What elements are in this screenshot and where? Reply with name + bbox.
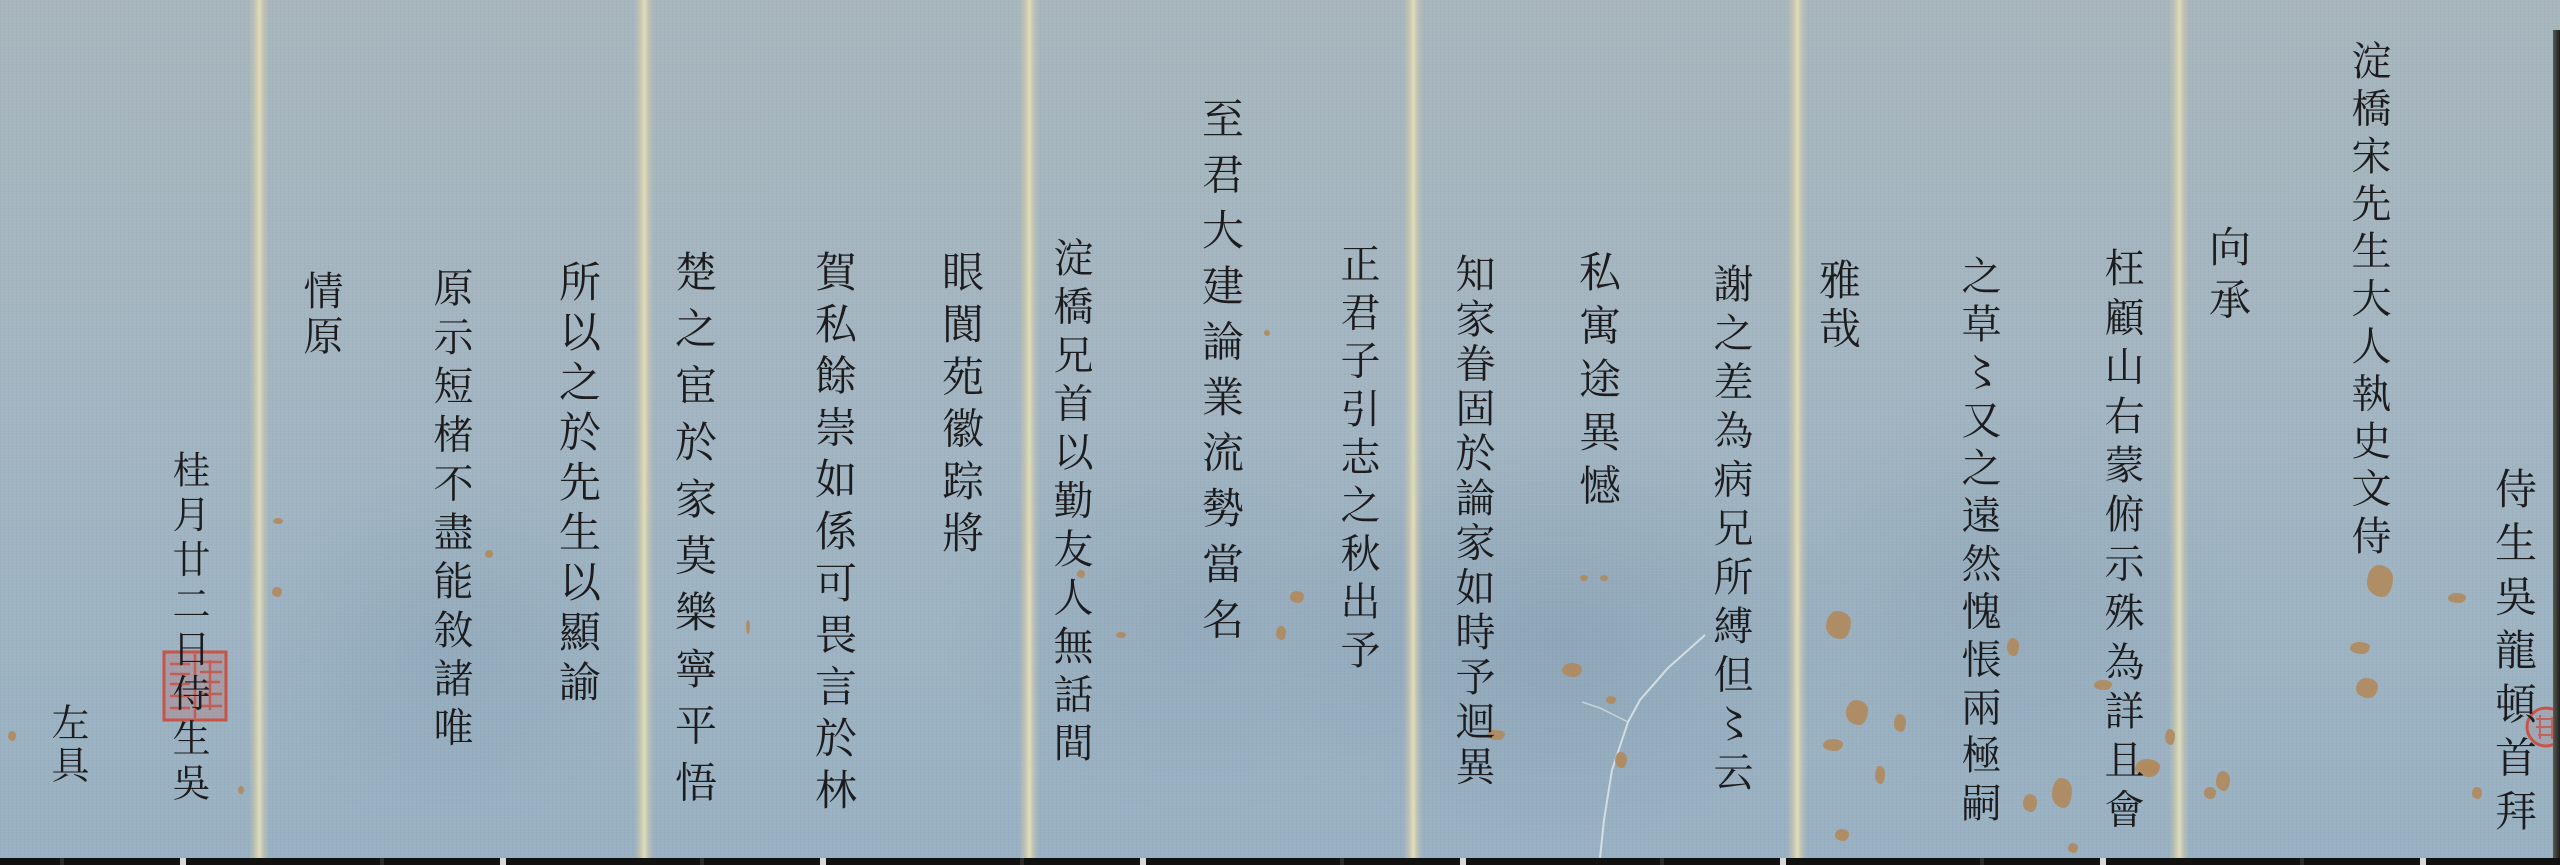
stain (1615, 752, 1627, 768)
fold-line (1019, 0, 1039, 858)
scan-edge-right (2553, 30, 2560, 865)
fold-line (1403, 0, 1423, 858)
stain (1580, 575, 1588, 581)
stain (2052, 778, 2072, 808)
stain (746, 620, 750, 634)
stain (485, 550, 493, 558)
stain (2204, 787, 2216, 799)
stain (238, 786, 244, 794)
stain (1823, 739, 1843, 751)
stain (1276, 626, 1286, 640)
stain (1826, 611, 1851, 639)
stain (2023, 794, 2037, 812)
fold-line (634, 0, 654, 858)
text-column-body: 眼閬苑徽踪將 (939, 250, 981, 563)
stain (1894, 714, 1906, 732)
text-column-closing-note: 左具 (48, 703, 86, 787)
text-column-date-signature: 桂月廿二日侍生吳 (169, 450, 207, 808)
stain (1835, 829, 1849, 841)
stain (2472, 787, 2482, 799)
text-column-body: 至君大建論業流勢當名 (1199, 97, 1241, 653)
text-column-addressee: 淀橋宋先生大人執史文侍 (2348, 40, 2388, 563)
text-column-body: 正君子引志之秋出予 (1337, 243, 1377, 677)
stain (2350, 642, 2370, 654)
text-column-sender: 侍生吳龍頓首拜 (2492, 467, 2534, 843)
stain (2165, 729, 2175, 745)
stain (1875, 766, 1885, 784)
text-column-body: 楚之宦於家莫樂寧平悟 (672, 250, 714, 817)
text-column-body: 知家眷固於論家如時予迴異 (1452, 253, 1492, 790)
stain (1264, 330, 1270, 336)
text-column-body: 所以之於先生以顯諭 (556, 260, 598, 710)
text-column-body: 雅哉 (1816, 258, 1858, 355)
text-column-body: 之草〻又之遠然愧悵兩極嗣 (1958, 255, 1998, 830)
stain (2448, 593, 2466, 603)
stain (1562, 663, 1582, 677)
text-column-body: 向承 (2206, 225, 2248, 330)
fold-line (1787, 0, 1807, 858)
scan-edge-bottom (0, 858, 2560, 865)
stain (2356, 678, 2378, 698)
stain (1290, 591, 1304, 603)
text-column-body: 枉顧山右蒙俯示殊為詳且會 (2101, 247, 2141, 837)
text-column-body: 私寓途異憾 (1576, 250, 1618, 517)
text-column-body: 原示短楮不盡能敘諸唯 (430, 267, 470, 755)
fold-line (249, 0, 269, 858)
stain (273, 518, 283, 524)
text-column-body: 賀私餘崇如係可畏言於林 (812, 250, 854, 820)
stain (272, 587, 282, 597)
letter-sheet: 侍生吳龍頓首拜 淀橋宋先生大人執史文侍 向承 枉顧山右蒙俯示殊為詳且會 之草〻又… (0, 0, 2560, 865)
stain (2367, 565, 2393, 597)
stain (1600, 575, 1608, 581)
text-column-body: 淀橋兄首以勤友人無話間 (1050, 237, 1090, 771)
stain (2007, 638, 2019, 656)
text-column-body: 謝之差為病兄所縛但〻云 (1710, 263, 1750, 800)
stain (2068, 843, 2078, 853)
stain (1846, 700, 1868, 725)
stain (1116, 632, 1126, 638)
text-column-body: 情原 (300, 270, 340, 360)
stain (8, 731, 16, 741)
stain (1606, 696, 1616, 704)
stain (2216, 771, 2230, 791)
